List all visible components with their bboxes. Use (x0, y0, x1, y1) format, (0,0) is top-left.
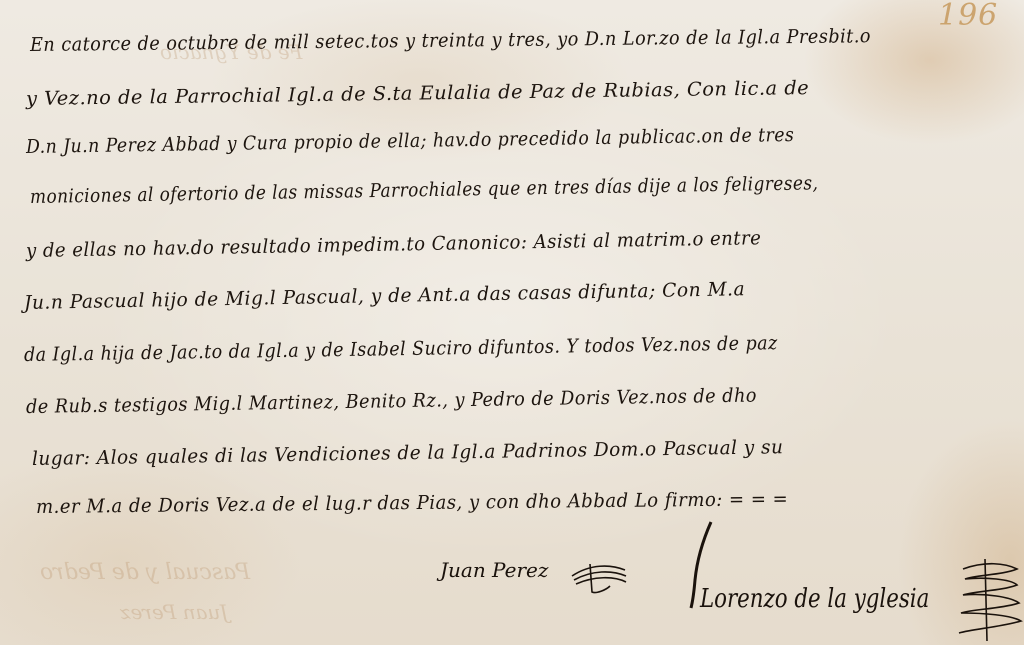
signature-rubric-icon (955, 555, 1024, 645)
manuscript-line-6: Ju.n Pascual hijo de Mig.l Pascual, y de… (24, 278, 745, 314)
manuscript-line-4: moniciones al ofertorio de las missas Pa… (30, 172, 819, 208)
bleed-through-text: Juan Perez (120, 600, 228, 624)
signature-rubric-icon (570, 556, 630, 596)
bleed-through-text: Pascual y de Pedro (40, 560, 250, 585)
manuscript-page: Pascual y de Pedro Fe de Ygnacio Juan Pe… (0, 0, 1024, 645)
manuscript-line-9: lugar: Alos quales di las Vendiciones de… (32, 436, 784, 470)
manuscript-line-1: En catorce de octubre de mill setec.tos … (30, 25, 871, 56)
manuscript-line-3: D.n Ju.n Perez Abbad y Cura propio de el… (26, 124, 795, 158)
folio-number: 196 (938, 0, 998, 33)
manuscript-line-10: m.er M.a de Doris Vez.a de el lug.r das … (36, 488, 788, 518)
manuscript-line-2: y Vez.no de la Parrochial Igl.a de S.ta … (26, 77, 810, 110)
manuscript-line-5: y de ellas no hav.do resultado impedim.t… (26, 227, 762, 262)
signature-lorenzo: Lorenzo de la yglesia (700, 584, 929, 614)
signature-juan-perez: Juan Perez (440, 558, 548, 582)
manuscript-line-7: da Igl.a hija de Jac.to da Igl.a y de Is… (24, 332, 778, 366)
manuscript-line-8: de Rub.s testigos Mig.l Martinez, Benito… (26, 385, 757, 418)
